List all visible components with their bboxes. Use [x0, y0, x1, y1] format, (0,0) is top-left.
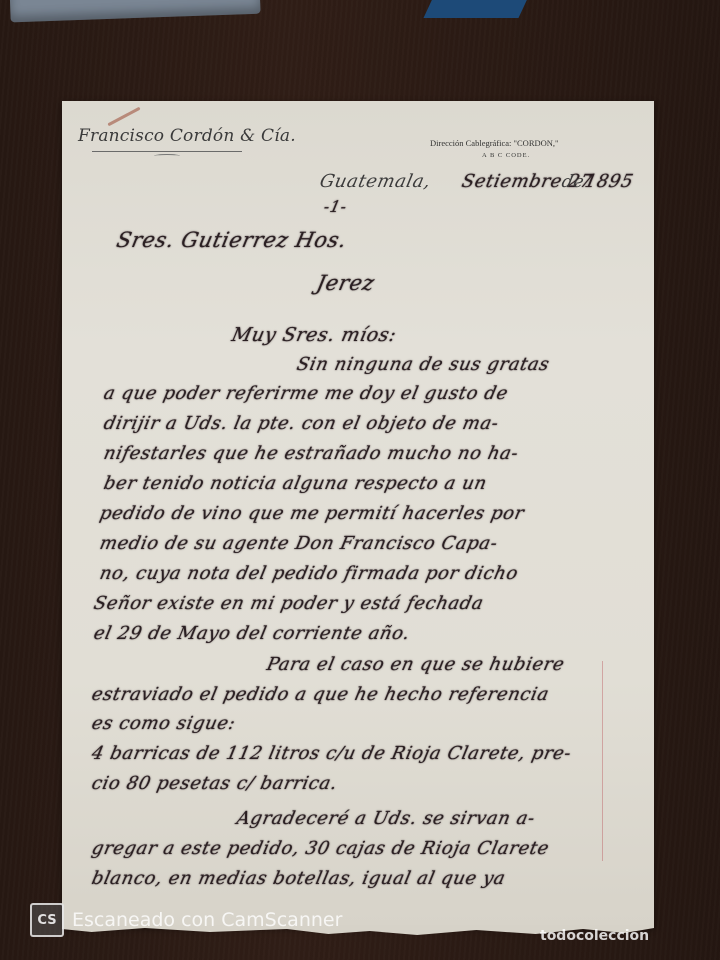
dateline-place: Guatemala,: [318, 171, 433, 192]
body-line: Señor existe en mi poder y está fechada: [92, 593, 486, 614]
body-line: es como sigue:: [90, 713, 238, 734]
letterhead-firm-name: Francisco Cordón & Cía.: [78, 126, 296, 146]
dateline-year: 1895: [583, 171, 636, 192]
blue-cloth: [423, 0, 531, 18]
addressee-line-1: Sres. Gutierrez Hos.: [114, 228, 349, 252]
gray-cloth: [9, 0, 260, 22]
cable-address: Dirección Cablegráfica: "CORDON,": [430, 138, 559, 148]
body-line: 4 barricas de 112 litros c/u de Rioja Cl…: [90, 743, 574, 764]
letter-page: Francisco Cordón & Cía. Dirección Cableg…: [62, 101, 654, 927]
addressee-line-2: Jerez: [314, 271, 376, 295]
body-line: gregar a este pedido, 30 cajas de Rioja …: [90, 838, 551, 859]
body-line: medio de su agente Don Francisco Capa-: [98, 533, 500, 554]
body-line: blanco, en medias botellas, igual al que…: [90, 868, 508, 889]
margin-line: [602, 661, 603, 861]
scanner-watermark: CS Escaneado con CamScanner: [30, 903, 342, 937]
letterhead-ornament-icon: [154, 154, 180, 158]
body-line: Para el caso en que se hubiere: [265, 654, 567, 675]
letterhead-rule: [92, 151, 242, 152]
salutation: Muy Sres. míos:: [230, 324, 399, 346]
body-line: nifestarles que he estrañado mucho no ha…: [102, 443, 521, 464]
body-line: Agradeceré a Uds. se sirvan a-: [235, 808, 537, 829]
code-line: A B C CODE.: [482, 152, 530, 159]
body-line: ber tenido noticia alguna respecto a un: [102, 473, 489, 494]
body-line: no, cuya nota del pedido firmada por dic…: [98, 563, 520, 584]
body-line: estraviado el pedido a que he hecho refe…: [90, 684, 551, 705]
body-line: dirijir a Uds. la pte. con el objeto de …: [102, 413, 501, 434]
site-watermark: todocoleccion: [540, 928, 649, 944]
scanner-text: Escaneado con CamScanner: [72, 909, 342, 931]
pin-icon: [107, 107, 140, 127]
body-line: Sin ninguna de sus gratas: [295, 354, 552, 375]
body-line: cio 80 pesetas c/ barrica.: [90, 773, 340, 794]
body-line: a que poder referirme me doy el gusto de: [102, 383, 510, 404]
body-line: pedido de vino que me permití hacerles p…: [98, 503, 526, 524]
camscanner-icon: CS: [30, 903, 64, 937]
page-number: -1-: [322, 197, 349, 216]
body-line: el 29 de Mayo del corriente año.: [92, 623, 412, 644]
